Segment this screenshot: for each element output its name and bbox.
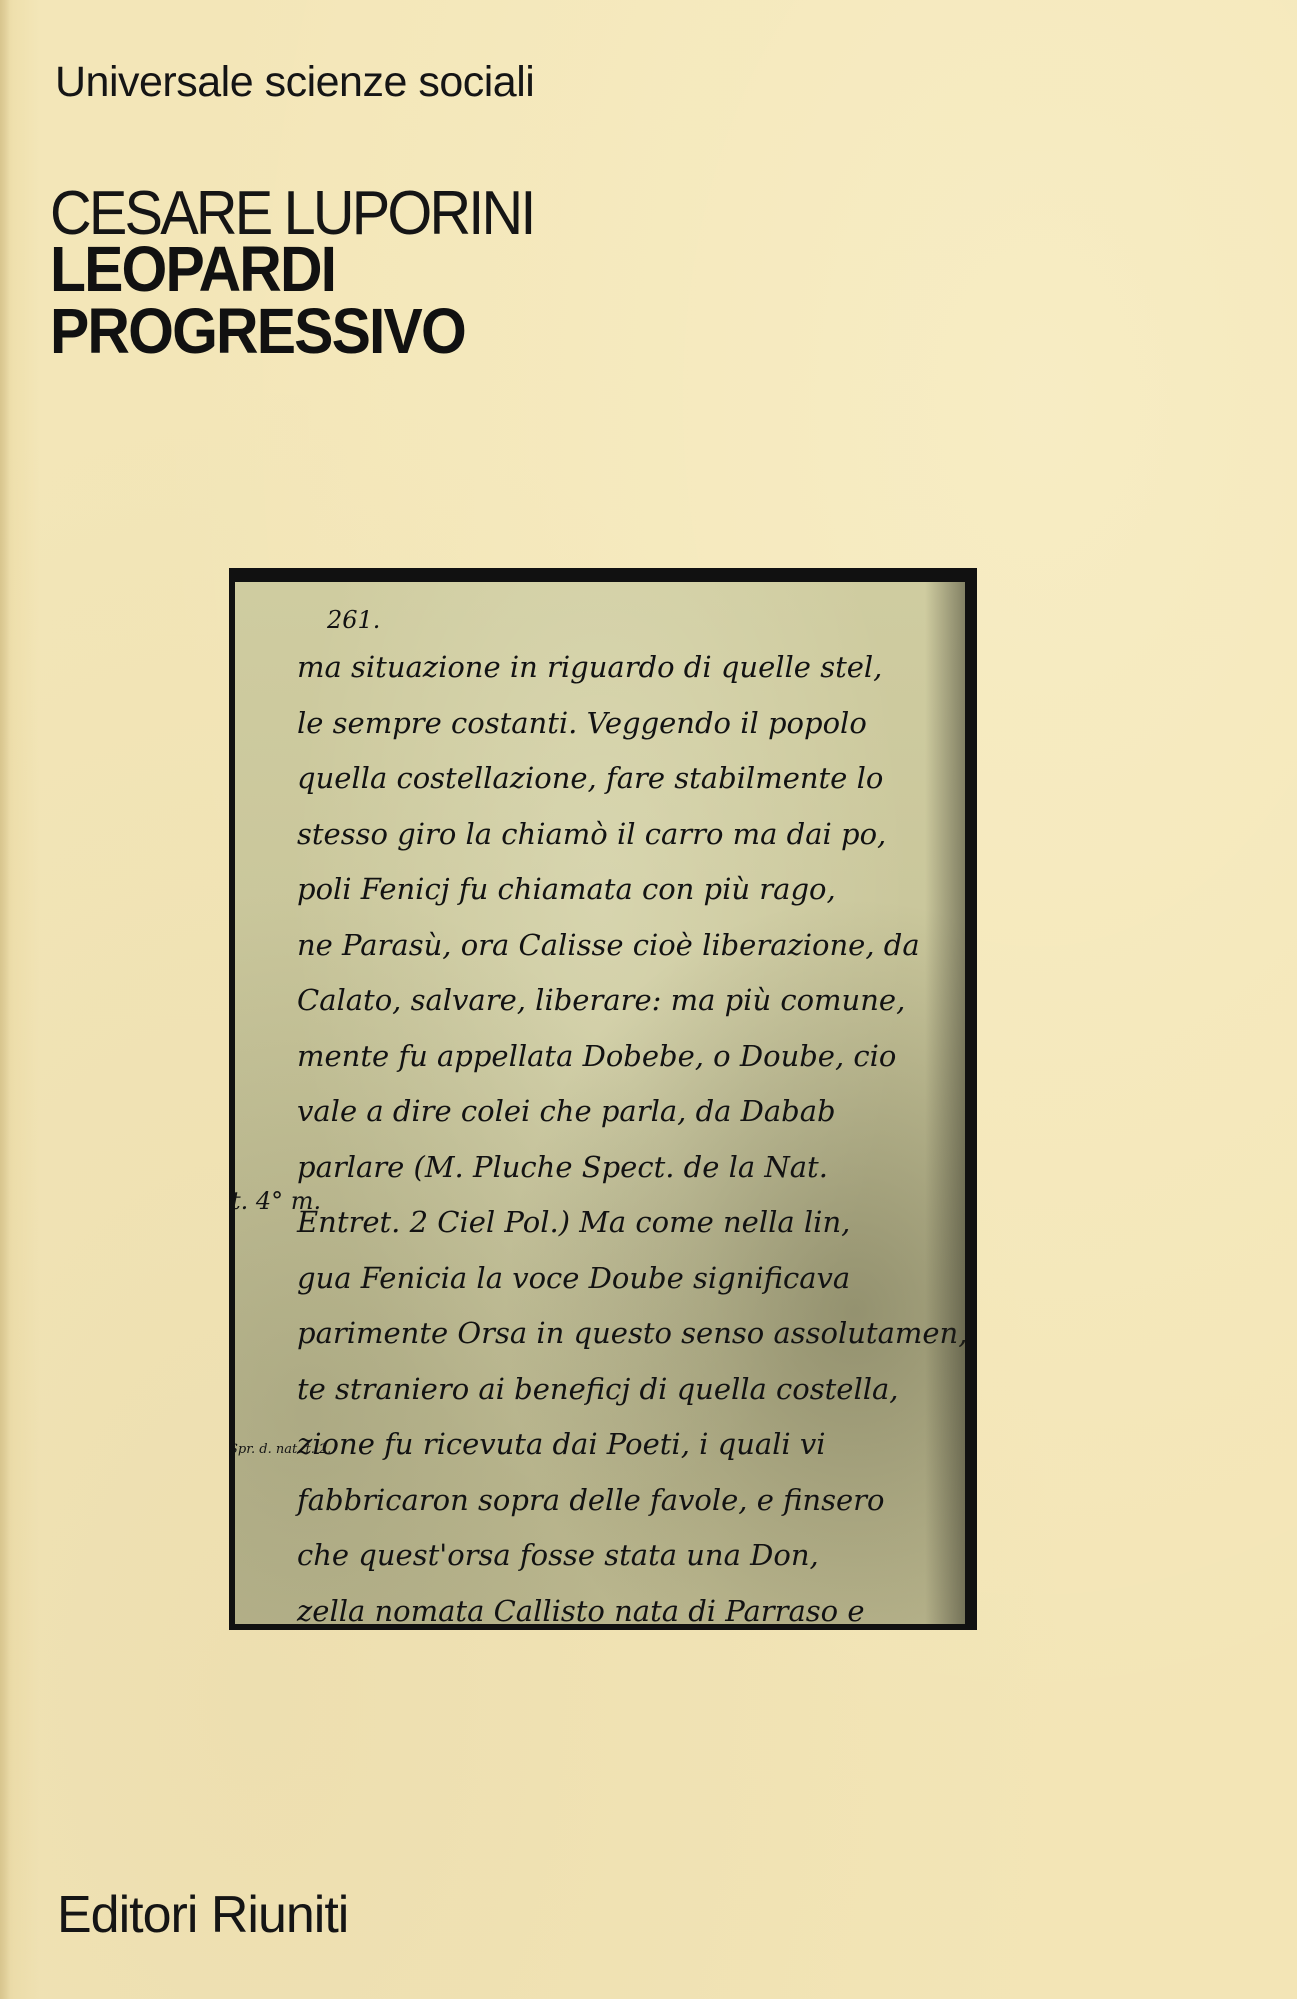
manuscript-line: che quest'orsa fosse stata una Don,: [297, 1528, 955, 1584]
manuscript-line: Calato, salvare, liberare: ma più comune…: [297, 973, 955, 1029]
manuscript-text: 261. ma situazione in riguardo di quelle…: [297, 600, 955, 1630]
manuscript-margin-note: Spr. d. nat. t. 2.: [229, 1442, 331, 1458]
series-name: Universale scienze sociali: [55, 58, 534, 107]
manuscript-image: 261. ma situazione in riguardo di quelle…: [229, 568, 977, 1630]
manuscript-line: fabbricaron sopra delle favole, e finser…: [297, 1473, 955, 1529]
manuscript-line: quella costellazione, fare stabilmente l…: [297, 751, 955, 807]
manuscript-line: te straniero ai beneficj di quella coste…: [297, 1362, 955, 1418]
manuscript-line: parlare (M. Pluche Spect. de la Nat.: [297, 1140, 955, 1196]
manuscript-line: zella nomata Callisto nata di Parraso e: [297, 1584, 955, 1631]
manuscript-page-number: 261.: [327, 600, 955, 640]
book-title: LEOPARDI PROGRESSIVO: [50, 238, 501, 362]
manuscript-line: zione fu ricevuta dai Poeti, i quali vi: [297, 1417, 955, 1473]
manuscript-line: gua Fenicia la voce Doube significava: [297, 1251, 955, 1307]
manuscript-margin-note: t. 4° m.: [231, 1187, 321, 1215]
publisher-name: Editori Riuniti: [57, 1885, 348, 1945]
title-line-1: LEOPARDI: [50, 238, 465, 300]
manuscript-line: Entret. 2 Ciel Pol.) Ma come nella lin,: [297, 1195, 955, 1251]
manuscript-line: poli Fenicj fu chiamata con più rago,: [297, 862, 955, 918]
manuscript-line: ma situazione in riguardo di quelle stel…: [297, 640, 955, 696]
spine-edge: [0, 0, 10, 1999]
manuscript-line: ne Parasù, ora Calisse cioè liberazione,…: [297, 918, 955, 974]
manuscript-line: parimente Orsa in questo senso assolutam…: [297, 1306, 955, 1362]
title-line-2: PROGRESSIVO: [50, 300, 465, 362]
manuscript-line: vale a dire colei che parla, da Dabab: [297, 1084, 955, 1140]
manuscript-line: stesso giro la chiamò il carro ma dai po…: [297, 807, 955, 863]
manuscript-line: le sempre costanti. Veggendo il popolo: [297, 696, 955, 752]
manuscript-line: mente fu appellata Dobebe, o Doube, cio: [297, 1029, 955, 1085]
